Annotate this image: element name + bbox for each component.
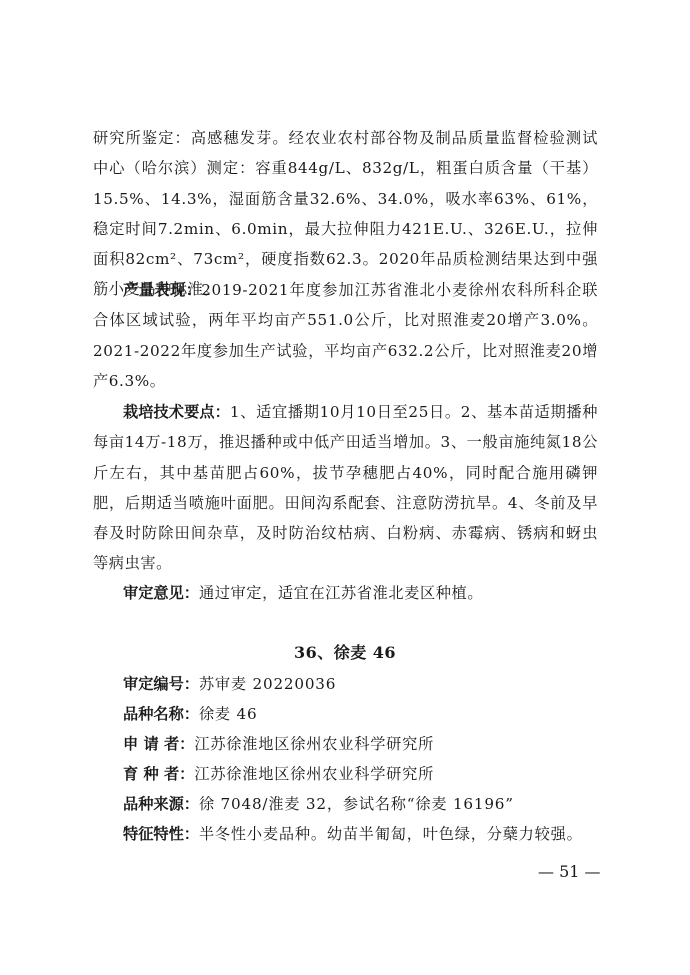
field-label: 品种名称： [123,704,199,724]
field-breeder: 育 种 者：江苏徐淮地区徐州农业科学研究所 [123,764,603,784]
field-label: 育 种 者： [123,764,194,784]
field-value: 半冬性小麦品种。幼苗半匍匐，叶色绿，分蘖力较强。 [199,825,583,843]
cultivation-text: 1、适宜播期10月10日至25日。2、基本苗适期播种每亩14万-18万，推迟播种… [93,403,598,572]
field-value: 苏审麦 20220036 [199,675,336,693]
document-page: 研究所鉴定：高感穗发芽。经农业农村部谷物及制品质量监督检验测试中心（哈尔滨）测定… [0,0,690,975]
field-value: 徐 7048/淮麦 32，参试名称“徐麦 16196” [199,795,514,813]
yield-label: 产量表现： [123,281,201,299]
page-number: — 51 — [538,862,601,881]
field-variety-source: 品种来源：徐 7048/淮麦 32，参试名称“徐麦 16196” [123,794,603,814]
yield-paragraph: 产量表现：2019-2021年度参加江苏省淮北小麦徐州农科所科企联合体区域试验，… [93,275,598,396]
field-value: 江苏徐淮地区徐州农业科学研究所 [194,735,434,753]
quality-text: 研究所鉴定：高感穗发芽。经农业农村部谷物及制品质量监督检验测试中心（哈尔滨）测定… [93,129,598,298]
cultivation-label: 栽培技术要点： [123,403,230,421]
approval-label: 审定意见： [123,584,199,602]
entry-title: 36、徐麦 46 [0,640,690,663]
cultivation-paragraph: 栽培技术要点：1、适宜播期10月10日至25日。2、基本苗适期播种每亩14万-1… [93,397,598,579]
approval-paragraph: 审定意见：通过审定，适宜在江苏省淮北麦区种植。 [93,578,598,608]
field-variety-name: 品种名称：徐麦 46 [123,704,603,724]
field-value: 徐麦 46 [199,705,258,723]
field-approval-number: 审定编号：苏审麦 20220036 [123,674,603,694]
field-characteristics: 特征特性：半冬性小麦品种。幼苗半匍匐，叶色绿，分蘖力较强。 [123,824,603,844]
field-label: 特征特性： [123,824,199,844]
field-applicant: 申 请 者：江苏徐淮地区徐州农业科学研究所 [123,734,603,754]
approval-text: 通过审定，适宜在江苏省淮北麦区种植。 [199,584,483,602]
field-label: 审定编号： [123,674,199,694]
field-value: 江苏徐淮地区徐州农业科学研究所 [194,765,434,783]
field-label: 申 请 者： [123,734,194,754]
field-label: 品种来源： [123,794,199,814]
